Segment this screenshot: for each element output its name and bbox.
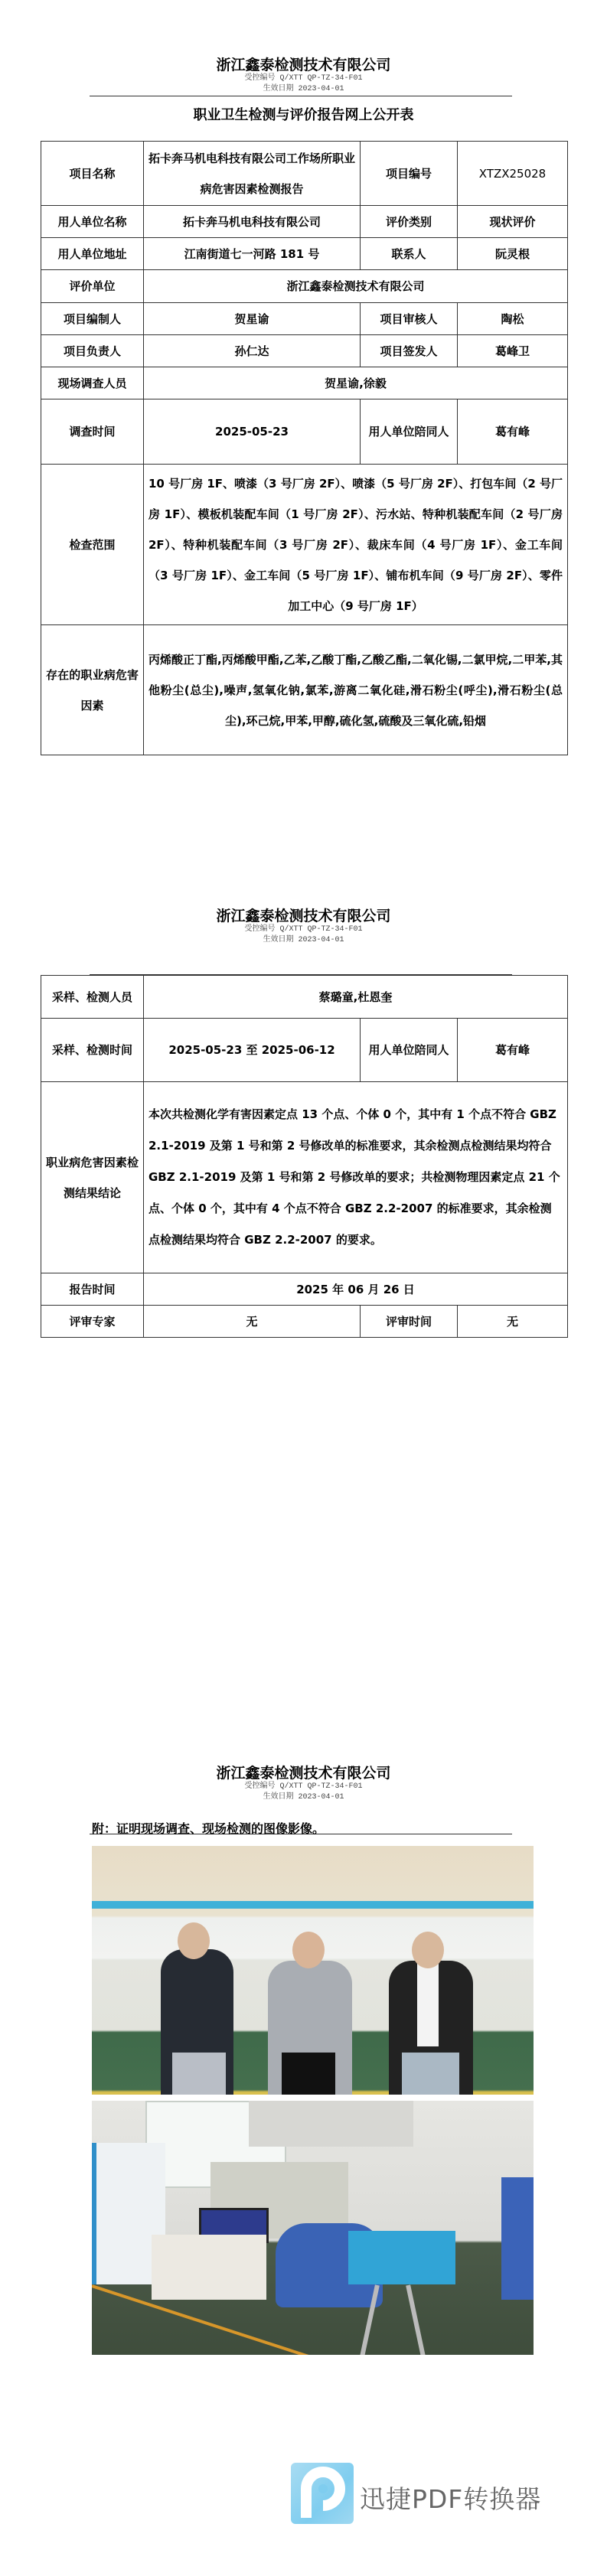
issuer-label: 项目签发人	[361, 335, 458, 367]
effective-date: 生效日期 2023-04-01	[0, 1792, 607, 1802]
escort-value: 葛有峰	[458, 399, 568, 465]
person-right-legs	[402, 2053, 459, 2095]
reviewer-label: 项目审核人	[361, 303, 458, 335]
contact-value: 阮灵根	[458, 238, 568, 270]
reviewer-value: 陶松	[458, 303, 568, 335]
table-row: 调查时间 2025-05-23 用人单位陪同人 葛有峰	[41, 399, 568, 465]
table-row: 项目名称 拓卡奔马机电科技有限公司工作场所职业病危害因素检测报告 项目编号 XT…	[41, 142, 568, 206]
effective-date: 生效日期 2023-04-01	[0, 935, 607, 945]
person-middle-legs	[282, 2053, 335, 2095]
table-row: 存在的职业病危害因素 丙烯酸正丁酯,丙烯酸甲酯,乙苯,乙酸丁酯,乙酸乙酯,二氧化…	[41, 625, 568, 755]
table-row: 用人单位名称 拓卡奔马机电科技有限公司 评价类别 现状评价	[41, 206, 568, 238]
table-row: 现场调查人员 贺星谕,徐毅	[41, 367, 568, 399]
hazards-label: 存在的职业病危害因素	[41, 625, 144, 755]
effective-date: 生效日期 2023-04-01	[0, 84, 607, 94]
tripod-leg	[406, 2284, 426, 2355]
site-testing-photo	[92, 2101, 534, 2355]
scope-label: 检查范围	[41, 465, 144, 625]
control-number: 受控编号 Q/XTT QP-TZ-34-F01	[0, 73, 607, 83]
compiler-value: 贺星谕	[144, 303, 361, 335]
table-row: 报告时间 2025 年 06 月 26 日	[41, 1273, 568, 1306]
conclusion-label: 职业病危害因素检测结果结论	[41, 1082, 144, 1273]
banner-strip	[92, 1901, 534, 1909]
company-name: 浙江鑫泰检测技术有限公司	[0, 905, 607, 925]
watermark-text: 迅捷PDF转换器	[360, 2480, 541, 2516]
review-time-label: 评审时间	[361, 1306, 458, 1338]
page-title: 职业卫生检测与评价报告网上公开表	[0, 104, 607, 124]
table-row: 项目负责人 孙仁达 项目签发人 葛峰卫	[41, 335, 568, 367]
desk	[152, 2235, 266, 2300]
compiler-label: 项目编制人	[41, 303, 144, 335]
review-time-value: 无	[458, 1306, 568, 1338]
person-left-legs	[172, 2053, 226, 2095]
person-right-face	[412, 1932, 444, 1968]
survey-time-value: 2025-05-23	[144, 399, 361, 465]
table-row: 项目编制人 贺星谕 项目审核人 陶松	[41, 303, 568, 335]
person-right-shirt	[417, 1962, 439, 2046]
expert-value: 无	[144, 1306, 361, 1338]
contact-label: 联系人	[361, 238, 458, 270]
project-no-label: 项目编号	[361, 142, 458, 206]
company-name: 浙江鑫泰检测技术有限公司	[0, 1762, 607, 1782]
lead-value: 孙仁达	[144, 335, 361, 367]
escort-label: 用人单位陪同人	[361, 399, 458, 465]
site-survey-photo	[92, 1846, 534, 2095]
project-name-value: 拓卡奔马机电科技有限公司工作场所职业病危害因素检测报告	[144, 142, 361, 206]
samplers-label: 采样、检测人员	[41, 976, 144, 1019]
person-middle-face	[292, 1932, 325, 1968]
survey-time-label: 调查时间	[41, 399, 144, 465]
table-row: 职业病危害因素检测结果结论 本次共检测化学有害因素定点 13 个点、个体 0 个…	[41, 1082, 568, 1273]
table-row: 采样、检测时间 2025-05-23 至 2025-06-12 用人单位陪同人 …	[41, 1019, 568, 1082]
lead-label: 项目负责人	[41, 335, 144, 367]
employer-addr-label: 用人单位地址	[41, 238, 144, 270]
control-number: 受控编号 Q/XTT QP-TZ-34-F01	[0, 924, 607, 934]
table-row: 检查范围 10 号厂房 1F、喷漆（3 号厂房 2F）、喷漆（5 号厂房 2F）…	[41, 465, 568, 625]
sample-time-label: 采样、检测时间	[41, 1019, 144, 1082]
employer-addr-value: 江南街道七一河路 181 号	[144, 238, 361, 270]
expert-label: 评审专家	[41, 1306, 144, 1338]
person-left-face	[178, 1922, 210, 1959]
control-number: 受控编号 Q/XTT QP-TZ-34-F01	[0, 1782, 607, 1792]
escort-label: 用人单位陪同人	[361, 1019, 458, 1082]
table-row: 评价单位 浙江鑫泰检测技术有限公司	[41, 270, 568, 303]
surveyors-value: 贺星谕,徐毅	[144, 367, 568, 399]
eval-unit-value: 浙江鑫泰检测技术有限公司	[144, 270, 568, 303]
report-time-value: 2025 年 06 月 26 日	[144, 1273, 568, 1306]
eval-type-label: 评价类别	[361, 206, 458, 238]
pdf-logo-icon	[291, 2463, 354, 2524]
samplers-value: 蔡璐童,杜恩奎	[144, 976, 568, 1019]
sampling-device	[348, 2231, 455, 2284]
table-row: 采样、检测人员 蔡璐童,杜恩奎	[41, 976, 568, 1019]
attachment-title: 附：证明现场调查、现场检测的图像影像。	[92, 1819, 325, 1837]
header-divider	[90, 96, 512, 96]
employer-name-value: 拓卡奔马机电科技有限公司	[144, 206, 361, 238]
results-table: 采样、检测人员 蔡璐童,杜恩奎 采样、检测时间 2025-05-23 至 202…	[41, 975, 568, 1338]
employer-name-label: 用人单位名称	[41, 206, 144, 238]
disclosure-table: 项目名称 拓卡奔马机电科技有限公司工作场所职业病危害因素检测报告 项目编号 XT…	[41, 141, 568, 755]
hazards-value: 丙烯酸正丁酯,丙烯酸甲酯,乙苯,乙酸丁酯,乙酸乙酯,二氧化锡,二氯甲烷,二甲苯,…	[144, 625, 568, 755]
conclusion-value: 本次共检测化学有害因素定点 13 个点、个体 0 个，其中有 1 个点不符合 G…	[144, 1082, 568, 1273]
eval-unit-label: 评价单位	[41, 270, 144, 303]
sample-time-value: 2025-05-23 至 2025-06-12	[144, 1019, 361, 1082]
report-time-label: 报告时间	[41, 1273, 144, 1306]
table-row: 用人单位地址 江南街道七一河路 181 号 联系人 阮灵根	[41, 238, 568, 270]
escort-value: 葛有峰	[458, 1019, 568, 1082]
project-no-value: XTZX25028	[458, 142, 568, 206]
company-name: 浙江鑫泰检测技术有限公司	[0, 54, 607, 74]
ceiling-panel	[249, 2101, 413, 2147]
scope-value: 10 号厂房 1F、喷漆（3 号厂房 2F）、喷漆（5 号厂房 2F）、打包车间…	[144, 465, 568, 625]
surveyors-label: 现场调查人员	[41, 367, 144, 399]
worker-standing	[501, 2177, 534, 2300]
table-row: 评审专家 无 评审时间 无	[41, 1306, 568, 1338]
eval-type-value: 现状评价	[458, 206, 568, 238]
issuer-value: 葛峰卫	[458, 335, 568, 367]
project-name-label: 项目名称	[41, 142, 144, 206]
